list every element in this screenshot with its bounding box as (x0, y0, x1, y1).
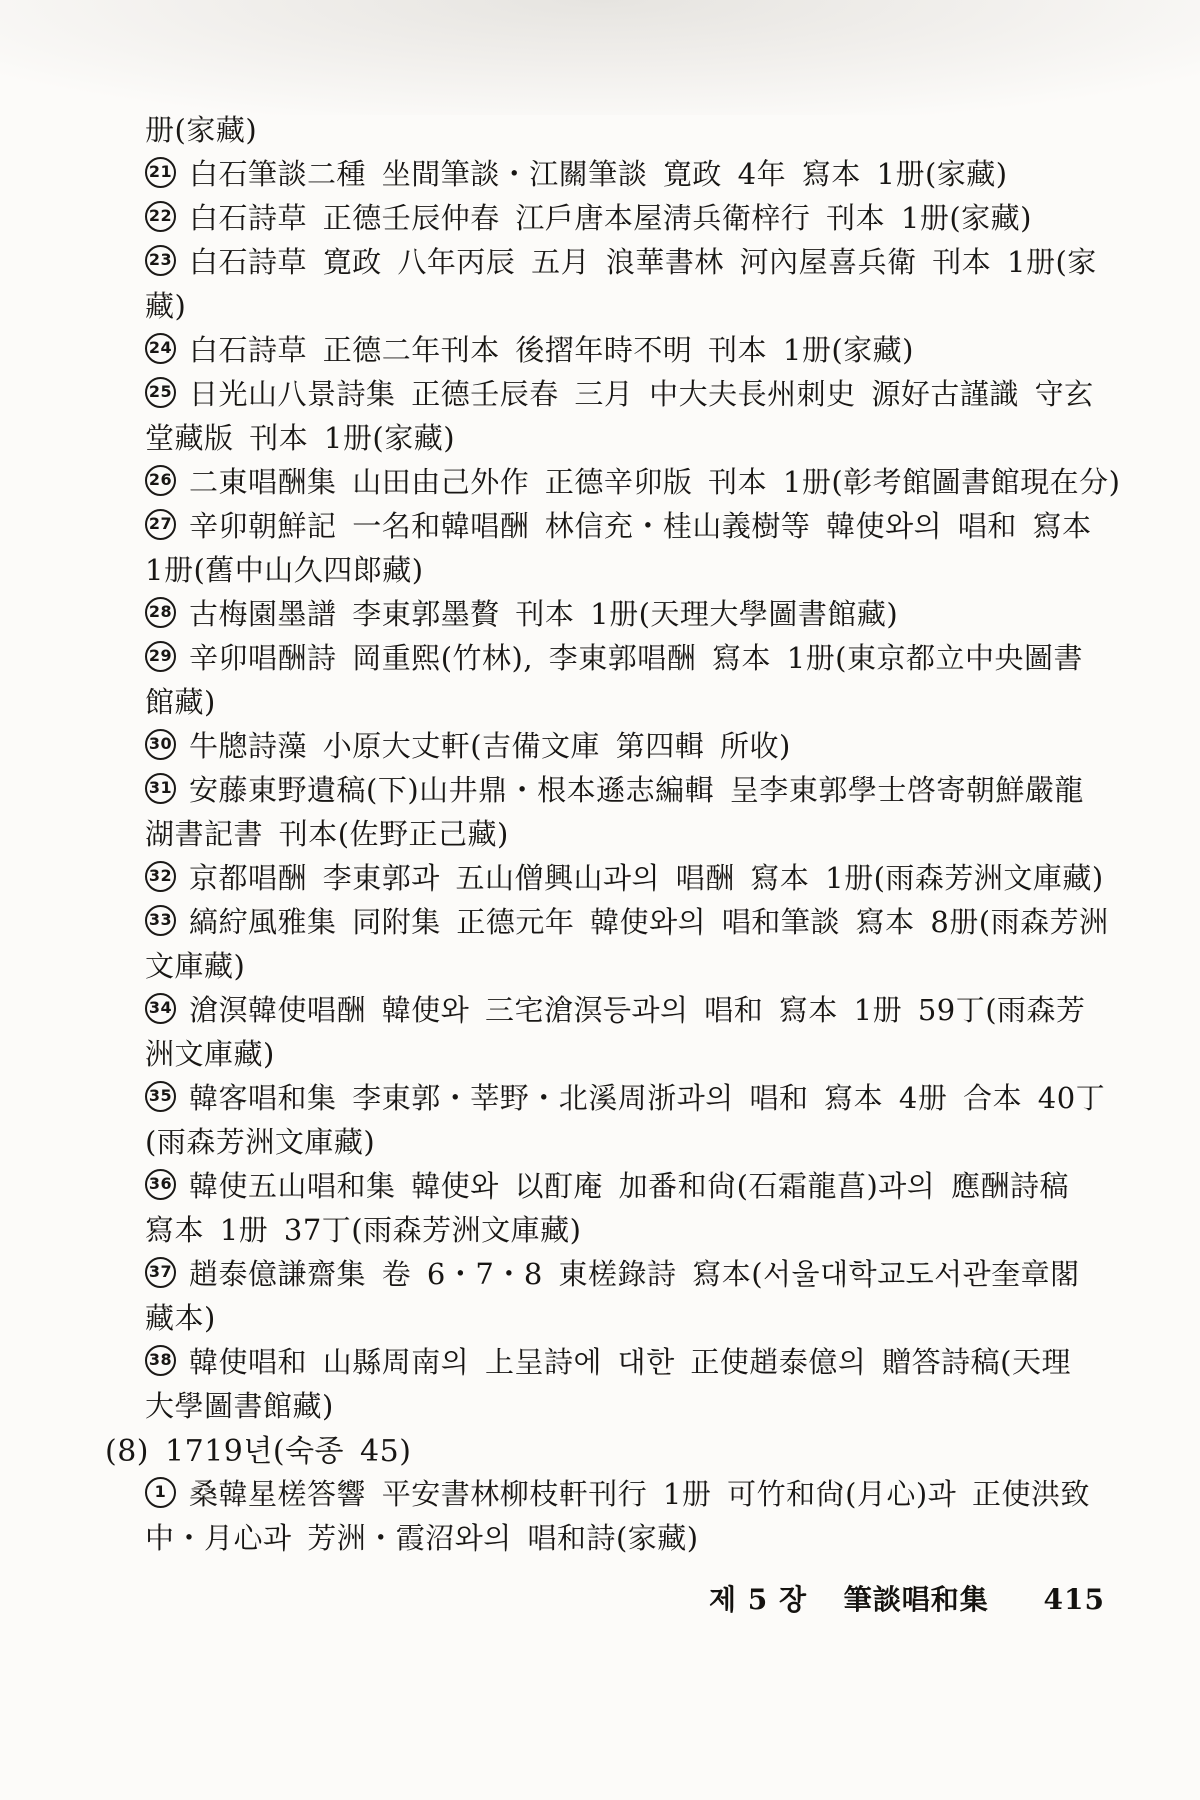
item-text: 辛卯朝鮮記 一名和韓唱酬 林信充・桂山義樹等 韓使와의 唱和 寫本 (189, 504, 1092, 545)
item-text: 堂藏版 刊本 1册(家藏) (145, 416, 455, 457)
bibliography-line: 寫本 1册 37丁(雨森芳洲文庫藏) (105, 1206, 1121, 1250)
item-number-badge: 27 (145, 509, 176, 540)
bibliography-line: 24 白石詩草 正德二年刊本 後摺年時不明 刊本 1册(家藏) (105, 326, 1121, 370)
bibliography-line: 藏本) (105, 1294, 1121, 1338)
bibliography-line: 25 日光山八景詩集 正德壬辰春 三月 中大夫長州刺史 源好古謹識 守玄 (105, 370, 1121, 414)
bibliography-line: 洲文庫藏) (105, 1030, 1121, 1074)
bibliography-line: 37 趙泰億謙齋集 卷 6・7・8 東槎錄詩 寫本(서울대학교도서관奎章閣 (105, 1250, 1121, 1294)
item-text: (雨森芳洲文庫藏) (145, 1120, 375, 1161)
item-text: 文庫藏) (145, 944, 245, 985)
item-number-badge: 28 (145, 597, 176, 628)
page-footer: 제 5 장 筆談唱和集 415 (105, 1578, 1121, 1618)
bibliography-line: 33 縞紵風雅集 同附集 正德元年 韓使와의 唱和筆談 寫本 8册(雨森芳洲 (105, 898, 1121, 942)
bibliography-line: 38 韓使唱和 山縣周南의 上呈詩에 대한 正使趙泰億의 贈答詩稿(天理 (105, 1338, 1121, 1382)
item-text: 白石詩草 正德壬辰仲春 江戶唐本屋淸兵衛梓行 刊本 1册(家藏) (189, 196, 1032, 237)
bibliography-line: 30 牛牕詩藻 小原大丈軒(吉備文庫 第四輯 所收) (105, 722, 1121, 766)
item-text: 二東唱酬集 山田由己外作 正德辛卯版 刊本 1册(彰考館圖書館現在分) (189, 460, 1120, 501)
bibliography-line: (8) 1719년(숙종 45) (105, 1426, 1121, 1470)
item-text: 滄溟韓使唱酬 韓使와 三宅滄溟등과의 唱和 寫本 1册 59丁(雨森芳 (189, 988, 1086, 1029)
item-number-badge: 29 (145, 641, 176, 672)
item-text: 藏) (145, 284, 186, 325)
bibliography-line: 28 古梅園墨譜 李東郭墨贅 刊本 1册(天理大學圖書館藏) (105, 590, 1121, 634)
bibliography-line: 23 白石詩草 寛政 八年丙辰 五月 浪華書林 河內屋喜兵衛 刊本 1册(家 (105, 238, 1121, 282)
item-text: 藏本) (145, 1296, 216, 1337)
item-number-badge: 36 (145, 1169, 176, 1200)
item-number-badge: 35 (145, 1081, 176, 1112)
item-number-badge: 1 (145, 1477, 176, 1508)
item-number-badge: 31 (145, 773, 176, 804)
item-number-badge: 32 (145, 861, 176, 892)
bibliography-line: 藏) (105, 282, 1121, 326)
item-text: 館藏) (145, 680, 216, 721)
item-text: 中・月心과 芳洲・霞沼와의 唱和詩(家藏) (145, 1516, 699, 1557)
item-number-badge: 30 (145, 729, 176, 760)
scanned-document-page: 册(家藏) 21 白石筆談二種 坐間筆談・江關筆談 寛政 4年 寫本 1册(家藏… (0, 0, 1200, 1800)
item-text: 寫本 1册 37丁(雨森芳洲文庫藏) (145, 1208, 581, 1249)
item-text: 洲文庫藏) (145, 1032, 275, 1073)
item-text: 古梅園墨譜 李東郭墨贅 刊本 1册(天理大學圖書館藏) (189, 592, 898, 633)
item-number-badge: 21 (145, 157, 176, 188)
item-number-badge: 24 (145, 333, 176, 364)
item-text: 京都唱酬 李東郭과 五山僧興山과의 唱酬 寫本 1册(雨森芳洲文庫藏) (189, 856, 1104, 897)
item-text: 安藤東野遺稿(下)山井鼎・根本遜志編輯 呈李東郭學士啓寄朝鮮嚴龍 (189, 768, 1084, 809)
item-text: 白石詩草 寛政 八年丙辰 五月 浪華書林 河內屋喜兵衛 刊本 1册(家 (189, 240, 1097, 281)
item-text: 韓使唱和 山縣周南의 上呈詩에 대한 正使趙泰億의 贈答詩稿(天理 (189, 1340, 1071, 1381)
item-number-badge: 38 (145, 1345, 176, 1376)
item-number-badge: 33 (145, 905, 176, 936)
item-number-badge: 23 (145, 245, 176, 276)
bibliography-line: 34 滄溟韓使唱酬 韓使와 三宅滄溟등과의 唱和 寫本 1册 59丁(雨森芳 (105, 986, 1121, 1030)
footer-chapter-label: 제 5 장 (709, 1583, 807, 1616)
item-text: 韓使五山唱和集 韓使와 以酊庵 加番和尙(石霜龍菖)과의 應酬詩稿 (189, 1164, 1069, 1205)
item-text: 辛卯唱酬詩 岡重熙(竹林), 李東郭唱酬 寫本 1册(東京都立中央圖書 (189, 636, 1083, 677)
item-text: 湖書記書 刊本(佐野正己藏) (145, 812, 509, 853)
bibliography-line: 27 辛卯朝鮮記 一名和韓唱酬 林信充・桂山義樹等 韓使와의 唱和 寫本 (105, 502, 1121, 546)
bibliography-line: 22 白石詩草 正德壬辰仲春 江戶唐本屋淸兵衛梓行 刊本 1册(家藏) (105, 194, 1121, 238)
bibliography-line: 湖書記書 刊本(佐野正己藏) (105, 810, 1121, 854)
item-text: 册(家藏) (145, 108, 257, 149)
scan-edge-shading (0, 0, 1200, 115)
bibliography-list: 册(家藏) 21 白石筆談二種 坐間筆談・江關筆談 寛政 4年 寫本 1册(家藏… (105, 106, 1121, 1558)
item-text: 縞紵風雅集 同附集 正德元年 韓使와의 唱和筆談 寫本 8册(雨森芳洲 (189, 900, 1109, 941)
item-text: 桑韓星槎答響 平安書林柳枝軒刊行 1册 可竹和尙(月心)과 正使洪致 (189, 1472, 1090, 1513)
item-text: 趙泰億謙齋集 卷 6・7・8 東槎錄詩 寫本(서울대학교도서관奎章閣 (189, 1252, 1080, 1293)
item-text: 白石筆談二種 坐間筆談・江關筆談 寛政 4年 寫本 1册(家藏) (189, 152, 1008, 193)
bibliography-line: 36 韓使五山唱和集 韓使와 以酊庵 加番和尙(石霜龍菖)과의 應酬詩稿 (105, 1162, 1121, 1206)
item-number-badge: 34 (145, 993, 176, 1024)
footer-page-number: 415 (1044, 1583, 1105, 1616)
bibliography-line: 中・月心과 芳洲・霞沼와의 唱和詩(家藏) (105, 1514, 1121, 1558)
bibliography-line: 35 韓客唱和集 李東郭・莘野・北溪周浙과의 唱和 寫本 4册 合本 40丁 (105, 1074, 1121, 1118)
bibliography-line: 册(家藏) (105, 106, 1121, 150)
bibliography-line: 26 二東唱酬集 山田由己外作 正德辛卯版 刊本 1册(彰考館圖書館現在分) (105, 458, 1121, 502)
bibliography-line: 堂藏版 刊本 1册(家藏) (105, 414, 1121, 458)
item-number-badge: 22 (145, 201, 176, 232)
bibliography-line: 31 安藤東野遺稿(下)山井鼎・根本遜志編輯 呈李東郭學士啓寄朝鮮嚴龍 (105, 766, 1121, 810)
bibliography-line: 29 辛卯唱酬詩 岡重熙(竹林), 李東郭唱酬 寫本 1册(東京都立中央圖書 (105, 634, 1121, 678)
item-number-badge: 25 (145, 377, 176, 408)
footer-chapter-title: 筆談唱和集 (844, 1583, 989, 1616)
item-number-badge: 37 (145, 1257, 176, 1288)
item-text: 韓客唱和集 李東郭・莘野・北溪周浙과의 唱和 寫本 4册 合本 40丁 (189, 1076, 1105, 1117)
bibliography-line: 1册(舊中山久四郞藏) (105, 546, 1121, 590)
bibliography-line: (雨森芳洲文庫藏) (105, 1118, 1121, 1162)
bibliography-line: 32 京都唱酬 李東郭과 五山僧興山과의 唱酬 寫本 1册(雨森芳洲文庫藏) (105, 854, 1121, 898)
item-text: (8) 1719년(숙종 45) (105, 1426, 411, 1470)
bibliography-line: 大學圖書館藏) (105, 1382, 1121, 1426)
item-number-badge: 26 (145, 465, 176, 496)
item-text: 日光山八景詩集 正德壬辰春 三月 中大夫長州刺史 源好古謹識 守玄 (189, 372, 1094, 413)
bibliography-line: 文庫藏) (105, 942, 1121, 986)
item-text: 大學圖書館藏) (145, 1384, 334, 1425)
item-text: 1册(舊中山久四郞藏) (145, 548, 424, 589)
bibliography-line: 1 桑韓星槎答響 平安書林柳枝軒刊行 1册 可竹和尙(月心)과 正使洪致 (105, 1470, 1121, 1514)
item-text: 白石詩草 正德二年刊本 後摺年時不明 刊本 1册(家藏) (189, 328, 914, 369)
bibliography-line: 21 白石筆談二種 坐間筆談・江關筆談 寛政 4年 寫本 1册(家藏) (105, 150, 1121, 194)
bibliography-line: 館藏) (105, 678, 1121, 722)
item-text: 牛牕詩藻 小原大丈軒(吉備文庫 第四輯 所收) (189, 724, 791, 765)
